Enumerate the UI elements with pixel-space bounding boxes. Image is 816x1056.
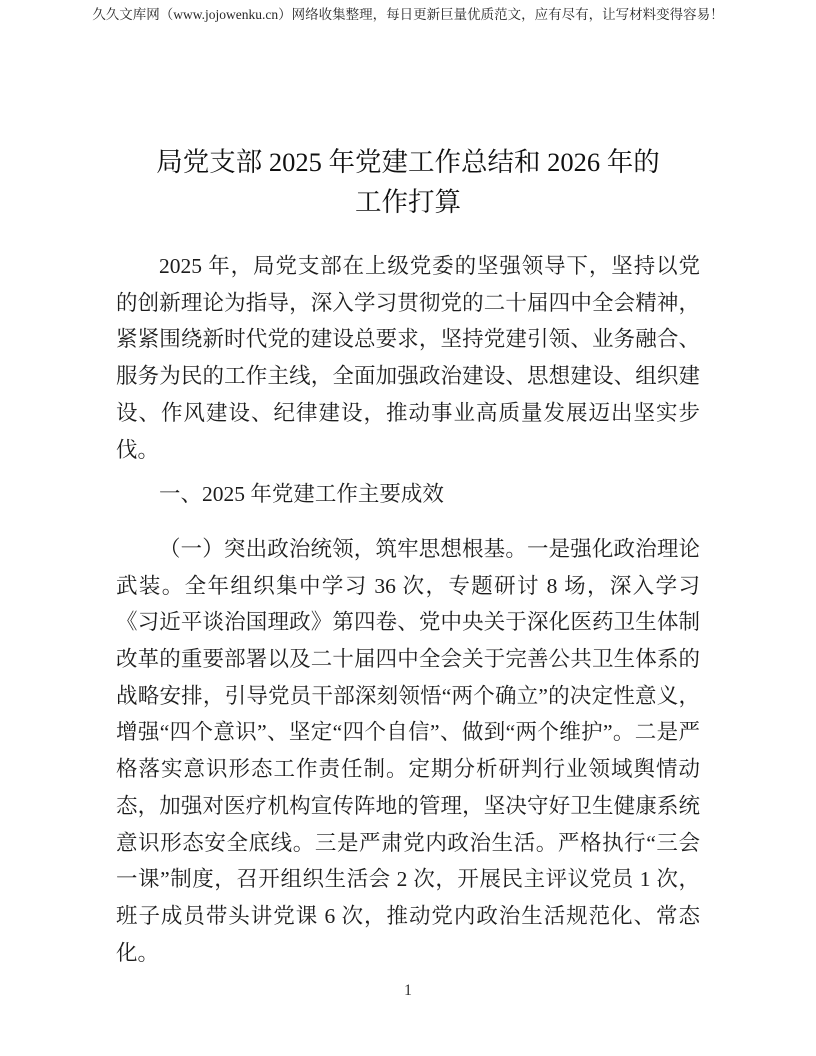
section-1-heading: 一、2025 年党建工作主要成效 [116,476,700,513]
intro-paragraph: 2025 年，局党支部在上级党委的坚强领导下，坚持以党的创新理论为指导，深入学习… [116,248,700,468]
document-page: 久久文库网（www.jojowenku.cn）网络收集整理，每日更新巨量优质范文… [0,0,816,1056]
page-number: 1 [0,982,816,1000]
section-1-paragraph-1: （一）突出政治统领，筑牢思想根基。一是强化政治理论武装。全年组织集中学习 36 … [116,531,700,971]
document-title-line1: 局党支部 2025 年党建工作总结和 2026 年的 [156,147,660,177]
document-title-line2: 工作打算 [355,187,461,217]
document-title: 局党支部 2025 年党建工作总结和 2026 年的 工作打算 [116,142,700,222]
document-body: 局党支部 2025 年党建工作总结和 2026 年的 工作打算 2025 年，局… [116,142,700,971]
site-notice-header: 久久文库网（www.jojowenku.cn）网络收集整理，每日更新巨量优质范文… [0,5,816,25]
